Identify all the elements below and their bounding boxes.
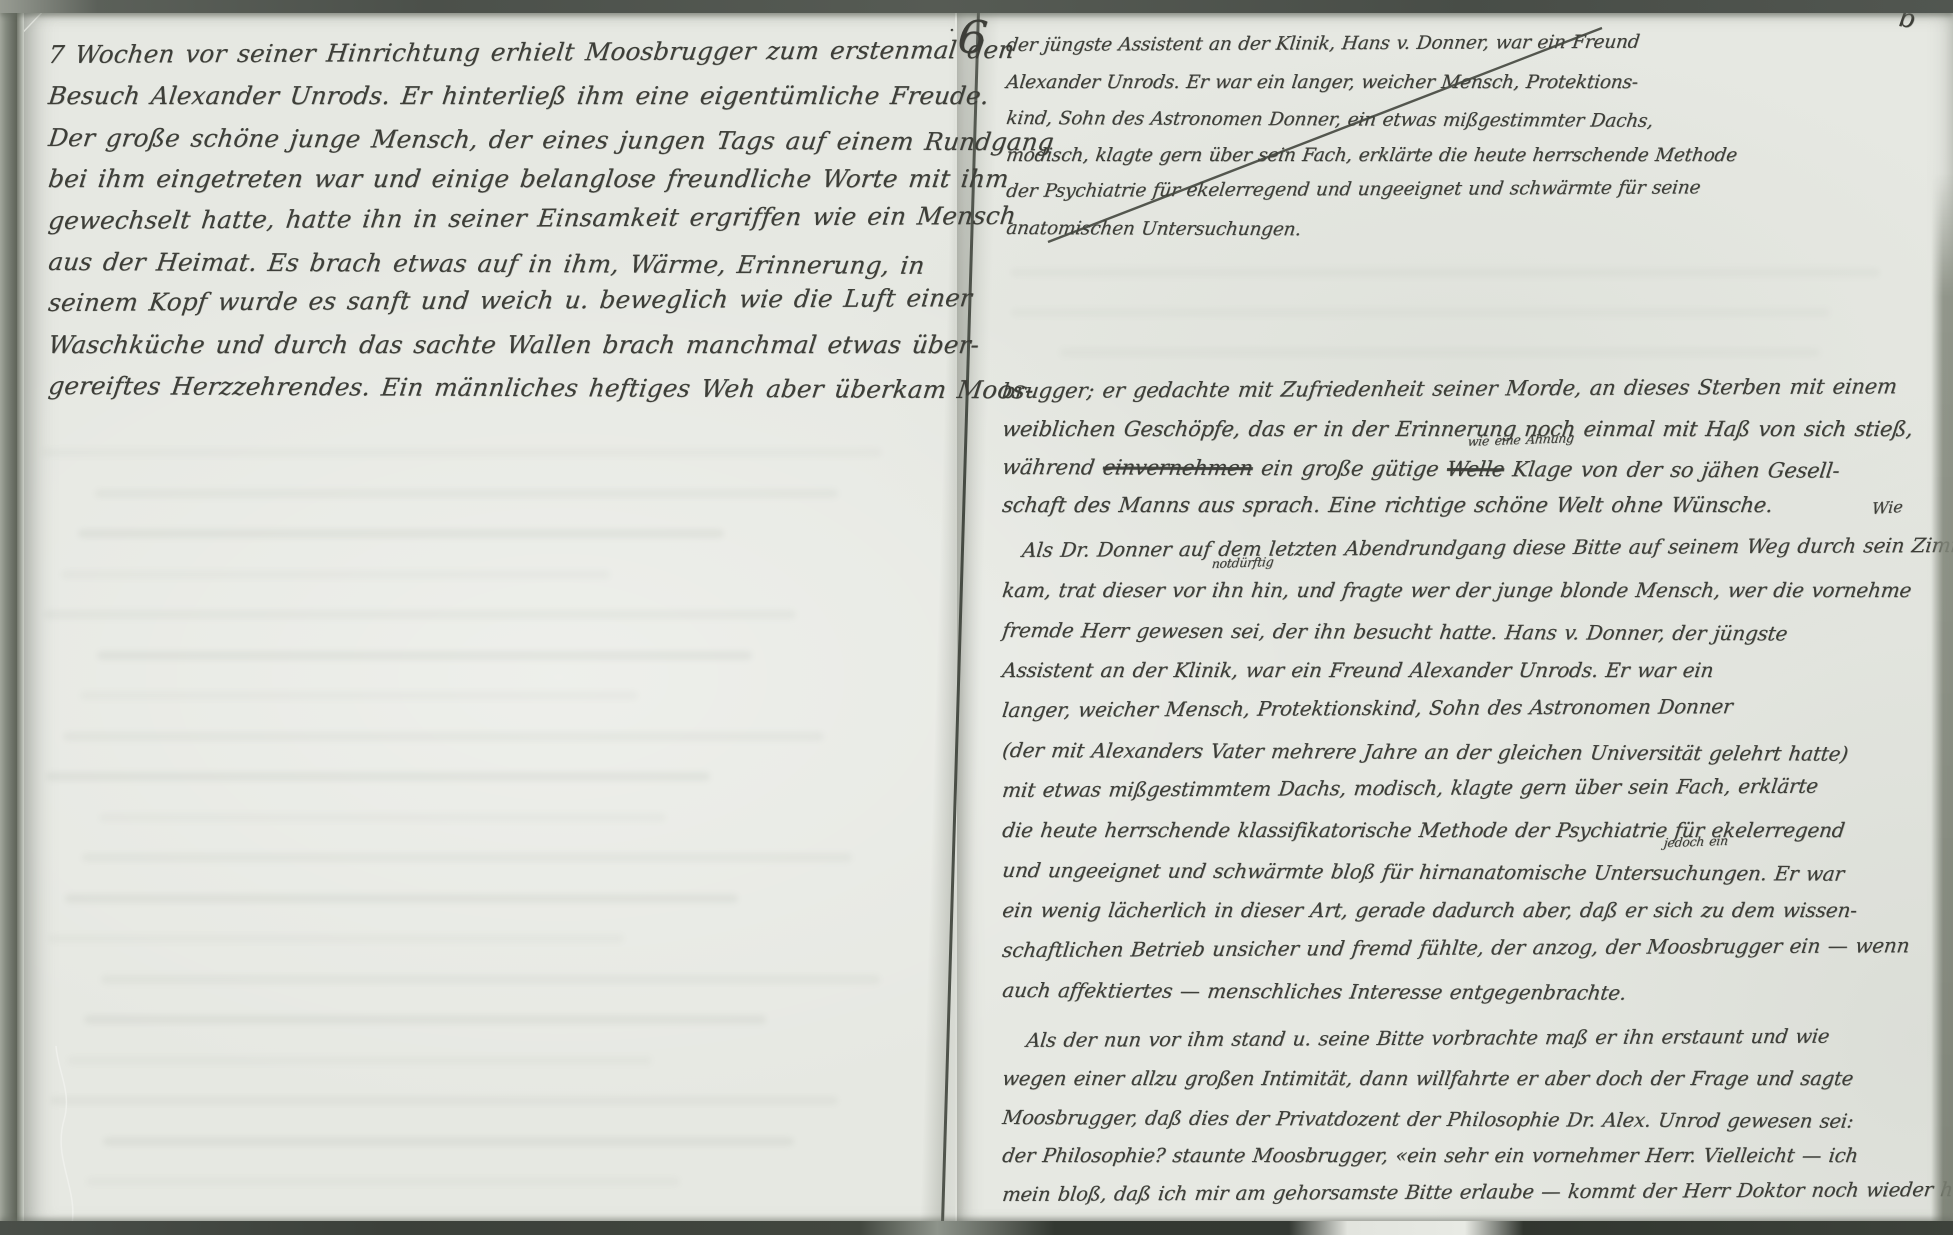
manuscript-line: bei ihm eingetreten war und einige belan… [46,158,1057,199]
ink-bleed-ghost [50,1096,838,1105]
photo-edge-bottom [0,1221,1953,1235]
paragraph-2: brugger; er gedachte mit Zufriedenheit s… [1000,372,1910,524]
manuscript-line-with-corrections: während einvernehmen ein große gütige We… [1000,448,1915,490]
manuscript-line: schaftlichen Betrieb unsicher und fremd … [1000,925,1953,970]
manuscript-line: mit etwas mißgestimmtem Dachs, modisch, … [1000,765,1953,810]
manuscript-photo: 7 Wochen vor seiner Hinrichtung erhielt … [0,0,1953,1235]
paragraph-3: Als Dr. Donner auf dem letzten Abendrund… [1000,530,1953,1010]
manuscript-line: die heute herrschende klassifikatorische… [1000,810,1953,850]
ink-bleed-ghost [61,570,610,579]
paragraph-4: Als der nun vor ihm stand u. seine Bitte… [1000,1022,1953,1214]
ink-bleed-ghost [1060,348,1820,357]
page-number: 6 [955,11,989,64]
manuscript-line: der jüngste Assistent an der Klinik, Han… [1004,24,1739,64]
text-segment: Klage von der so jähen Gesell- [1503,457,1841,482]
manuscript-line: ein wenig lächerlich in dieser Art, gera… [1000,890,1953,930]
page-stack-edge [17,0,24,1235]
manuscript-line: auch affektiertes — menschliches Interes… [1000,970,1953,1014]
ink-bleed-ghost [80,691,638,700]
ink-bleed-ghost [95,489,838,498]
ink-bleed-ghost [67,1056,652,1065]
manuscript-line: Als Dr. Donner auf dem letzten Abendrund… [1000,525,1953,570]
ink-bleed-ghost [44,610,796,619]
manuscript-line: Alexander Unrods. Er war ein langer, wei… [1004,65,1739,102]
photo-edge-right [1931,0,1953,1235]
manuscript-line: der Philosophie? staunte Moosbrugger, «e… [1000,1137,1953,1175]
manuscript-line: anatomischen Untersuchungen. [1004,211,1739,251]
manuscript-line: Waschküche und durch das sachte Wallen b… [46,324,1057,365]
ink-bleed-ghost [82,853,852,862]
ink-bleed-ghost [99,813,666,822]
ink-bleed-ghost [86,1177,680,1186]
photo-edge-left [0,0,17,1235]
manuscript-line: 7 Wochen vor seiner Hinrichtung erhielt … [46,29,1057,76]
ink-bleed-ghost [1010,268,1880,277]
manuscript-line: kam, trat dieser vor ihn hin, und fragte… [1000,570,1953,610]
left-page-text: 7 Wochen vor seiner Hinrichtung erhielt … [46,34,1052,407]
ink-bleed-ghost [84,1015,766,1024]
struck-out-word: einvernehmen [1101,455,1254,480]
ink-bleed-ghost [103,1137,794,1146]
text-segment: ein große gütige [1251,456,1448,481]
interlinear-insertion: notdürftig [1211,554,1274,571]
manuscript-line: modisch, klagte gern über sein Fach, erk… [1004,138,1739,175]
manuscript-line: gewechselt hatte, hatte ihn in seiner Ei… [46,194,1057,241]
ink-bleed-ghost [97,651,752,660]
manuscript-line: kind, Sohn des Astronomen Donner, ein et… [1004,101,1739,141]
ink-bleed-ghost [42,448,882,457]
struck-out-word: Welle [1445,457,1505,481]
manuscript-line: schaft des Manns aus sprach. Eine richti… [1000,486,1915,524]
ink-bleed-ghost [46,772,710,781]
ink-bleed-ghost [65,894,738,903]
manuscript-line: und ungeeignet und schwärmte bloß für hi… [1000,850,1953,894]
manuscript-line: Der große schöne junge Mensch, der eines… [46,117,1056,163]
manuscript-line: Assistent an der Klinik, war ein Freund … [1000,650,1953,690]
manuscript-line: Moosbrugger, daß dies der Privatdozent d… [1000,1099,1953,1142]
cancelled-paragraph: der jüngste Assistent an der Klinik, Han… [1004,28,1735,248]
manuscript-line: gereiftes Herzzehrendes. Ein männliches … [46,365,1056,411]
ink-bleed-ghost [63,732,824,741]
interlinear-insertion: jedoch ein [1663,833,1729,850]
manuscript-line: wegen einer allzu großen Intimität, dann… [1000,1060,1953,1098]
manuscript-line: langer, weicher Mensch, Protektionskind,… [1000,685,1953,730]
ink-bleed-ghost [78,529,724,538]
manuscript-line: weiblichen Geschöpfe, das er in der Erin… [1000,410,1915,448]
photo-edge-top [0,0,1953,13]
ink-bleed-ghost [48,934,624,943]
ink-bleed-ghost [101,975,880,984]
manuscript-line: Besuch Alexander Unrods. Er hinterließ i… [46,75,1057,116]
manuscript-line: fremde Herr gewesen sei, der ihn besucht… [1000,610,1953,654]
page-number-dot: · [949,20,955,41]
manuscript-line: mein bloß, daß ich mir am gehorsamste Bi… [1000,1170,1953,1214]
manuscript-line: brugger; er gedachte mit Zufriedenheit s… [1000,367,1915,410]
text-segment: während [1001,455,1105,479]
manuscript-line: seinem Kopf wurde es sanft und weich u. … [46,277,1057,324]
margin-note: Wie [1871,497,1903,518]
manuscript-line: der Psychiatrie für ekelerregend und ung… [1004,171,1739,211]
manuscript-line: Als der nun vor ihm stand u. seine Bitte… [1000,1017,1953,1061]
ink-bleed-ghost [1010,308,1830,317]
